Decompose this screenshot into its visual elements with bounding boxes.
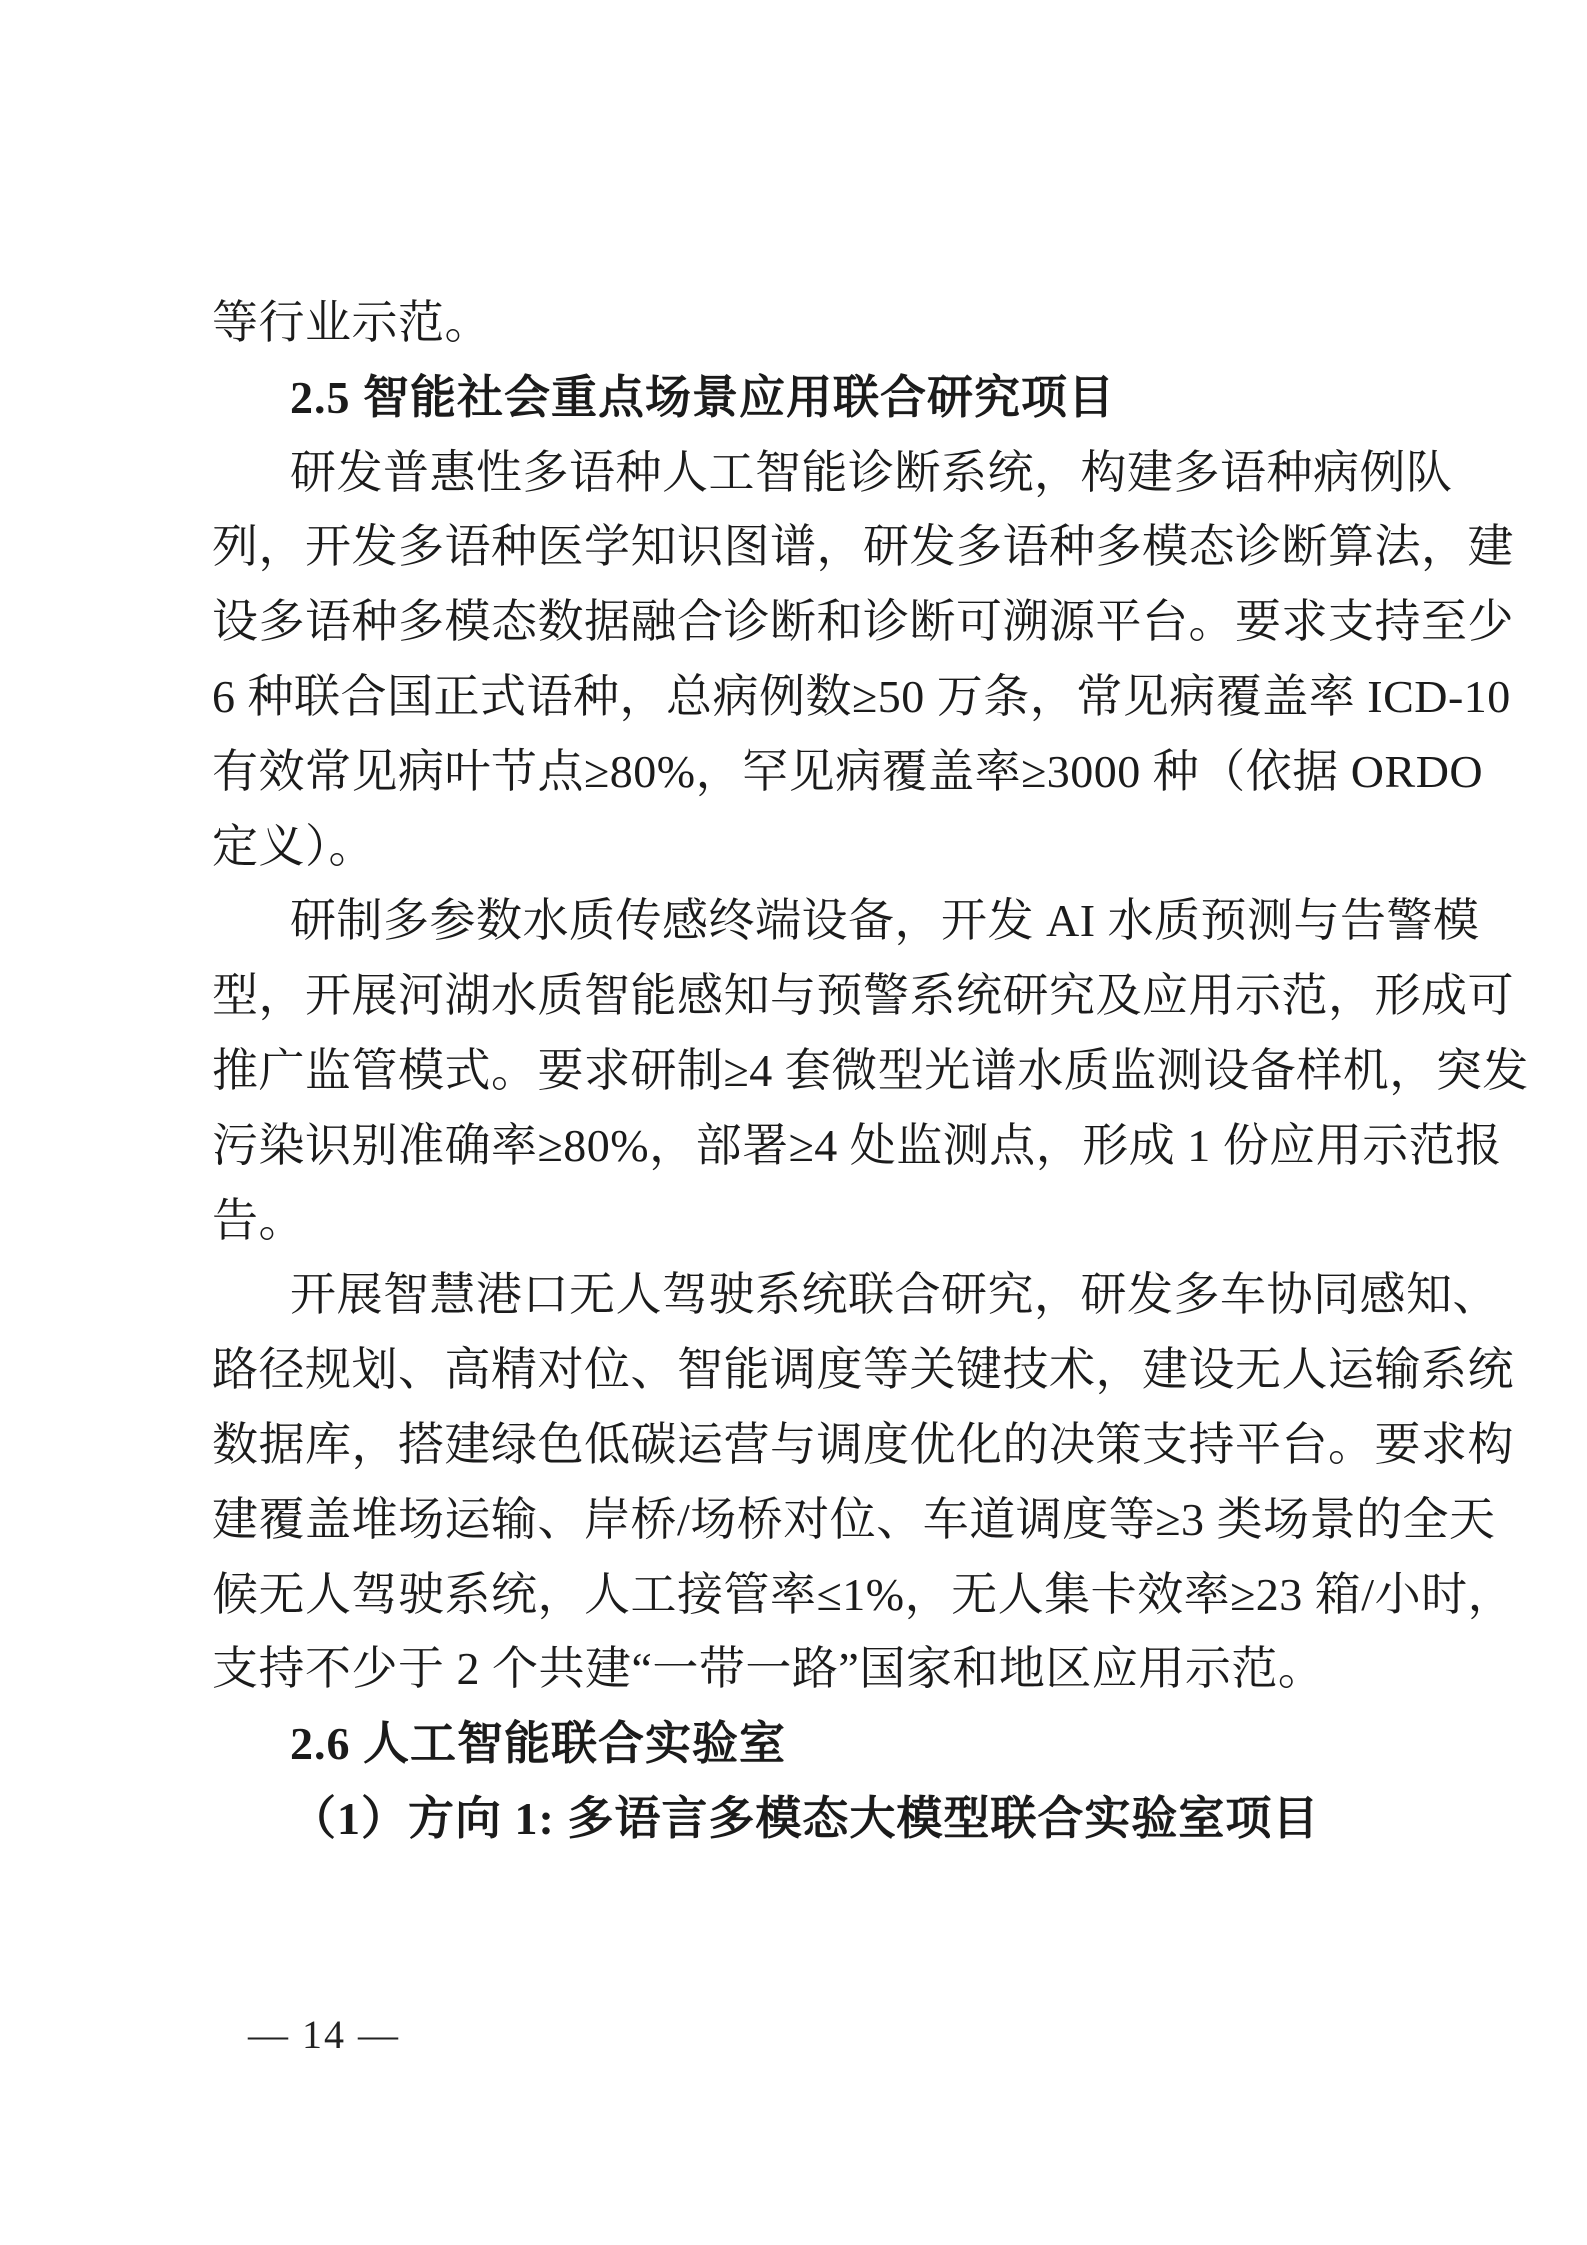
paragraph-line: 有效常见病叶节点≥80%，罕见病覆盖率≥3000 种（依据 ORDO: [212, 735, 1457, 810]
subsection-heading-direction-1: （1）方向 1: 多语言多模态大模型联合实验室项目: [212, 1782, 1457, 1857]
paragraph-line: 研制多参数水质传感终端设备，开发 AI 水质预测与告警模: [212, 884, 1457, 959]
page-number: — 14 —: [248, 2012, 400, 2058]
paragraph-line: 型，开展河湖水质智能感知与预警系统研究及应用示范，形成可: [212, 959, 1457, 1034]
paragraph-line: 推广监管模式。要求研制≥4 套微型光谱水质监测设备样机，突发: [212, 1034, 1457, 1109]
paragraph-line: 开展智慧港口无人驾驶系统联合研究，研发多车协同感知、: [212, 1258, 1457, 1333]
section-heading-2-5: 2.5 智能社会重点场景应用联合研究项目: [212, 361, 1457, 436]
section-heading-2-6: 2.6 人工智能联合实验室: [212, 1707, 1457, 1782]
paragraph-line: 列，开发多语种医学知识图谱，研发多语种多模态诊断算法，建: [212, 510, 1457, 585]
paragraph-line: 候无人驾驶系统，人工接管率≤1%，无人集卡效率≥23 箱/小时，: [212, 1558, 1457, 1633]
paragraph-line: 等行业示范。: [212, 286, 1457, 361]
paragraph-line: 污染识别准确率≥80%，部署≥4 处监测点，形成 1 份应用示范报: [212, 1109, 1457, 1184]
paragraph-line: 设多语种多模态数据融合诊断和诊断可溯源平台。要求支持至少: [212, 585, 1457, 660]
paragraph-line: 路径规划、高精对位、智能调度等关键技术，建设无人运输系统: [212, 1333, 1457, 1408]
paragraph-line: 研发普惠性多语种人工智能诊断系统，构建多语种病例队: [212, 436, 1457, 511]
paragraph-line: 建覆盖堆场运输、岸桥/场桥对位、车道调度等≥3 类场景的全天: [212, 1483, 1457, 1558]
paragraph-line: 告。: [212, 1184, 1457, 1259]
paragraph-line: 定义）。: [212, 810, 1457, 885]
paragraph-line: 数据库，搭建绿色低碳运营与调度优化的决策支持平台。要求构: [212, 1408, 1457, 1483]
paragraph-line: 支持不少于 2 个共建“一带一路”国家和地区应用示范。: [212, 1632, 1457, 1707]
document-body: 等行业示范。 2.5 智能社会重点场景应用联合研究项目 研发普惠性多语种人工智能…: [212, 286, 1457, 1857]
document-page: 等行业示范。 2.5 智能社会重点场景应用联合研究项目 研发普惠性多语种人工智能…: [0, 0, 1587, 2245]
paragraph-line: 6 种联合国正式语种，总病例数≥50 万条，常见病覆盖率 ICD-10: [212, 660, 1457, 735]
